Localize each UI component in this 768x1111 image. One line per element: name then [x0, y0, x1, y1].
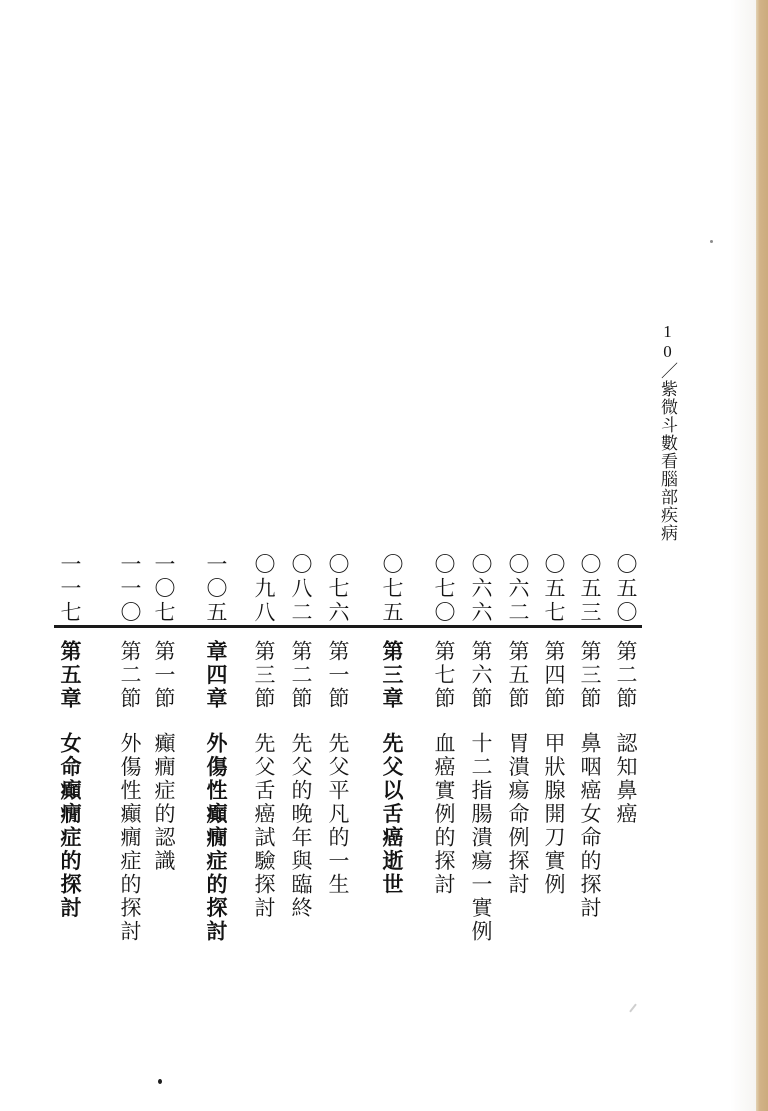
- toc-entry-label: 第二節: [614, 640, 638, 711]
- toc-entry-text: 先父平凡的一生: [326, 732, 350, 897]
- toc-entry-title: 第三節鼻咽癌女命的探討: [578, 640, 602, 920]
- toc-entry: 一一七第五章女命癲癇症的探討: [58, 553, 82, 920]
- toc-entry: 一一〇第二節外傷性癲癇症的探討: [118, 553, 142, 943]
- toc-page-number: 〇五〇: [614, 553, 638, 640]
- toc-page-number: 〇七六: [326, 553, 350, 640]
- toc-entry-label: 第六節: [469, 640, 493, 711]
- toc-page-number: 一〇五: [204, 553, 228, 640]
- toc-entry-title: 第五節胃潰瘍命例探討: [506, 640, 530, 896]
- toc-page-number: 〇七〇: [432, 553, 456, 640]
- toc-entry-title: 第六節十二指腸潰瘍一實例: [469, 640, 493, 943]
- toc-page-number: 〇七五: [380, 553, 404, 640]
- toc-entry-title: 第二節認知鼻癌: [614, 640, 638, 826]
- toc-entry-label: 第二節: [118, 640, 142, 711]
- toc-entry-title: 第二節外傷性癲癇症的探討: [118, 640, 142, 943]
- toc-entry: 〇五三第三節鼻咽癌女命的探討: [578, 553, 602, 920]
- toc-entry-title: 第一節癲癇症的認識: [152, 640, 176, 873]
- scan-speck: [710, 240, 713, 243]
- toc-page-number: 〇六六: [469, 553, 493, 640]
- toc-entry-label: 第五節: [506, 640, 530, 711]
- toc-page-number: 〇五七: [542, 553, 566, 640]
- toc-entry: 〇六二第五節胃潰瘍命例探討: [506, 553, 530, 896]
- running-head: 10／紫微斗數看腦部疾病: [655, 322, 679, 542]
- toc-page-number: 〇六二: [506, 553, 530, 640]
- toc-entry-title: 第五章女命癲癇症的探討: [58, 640, 82, 920]
- toc-entry-text: 外傷性癲癇症的探討: [118, 732, 142, 944]
- toc-entry-title: 第三節先父舌癌試驗探討: [252, 640, 276, 920]
- toc-entry-label: 第三節: [578, 640, 602, 711]
- toc-entry-label: 第三節: [252, 640, 276, 711]
- toc-entry-text: 先父的晚年與臨終: [289, 732, 313, 920]
- toc-entry: 〇八二第二節先父的晚年與臨終: [289, 553, 313, 920]
- toc-entry-label: 第二節: [289, 640, 313, 711]
- toc-entry-text: 胃潰瘍命例探討: [506, 732, 530, 897]
- toc-entry-text: 血癌實例的探討: [432, 732, 456, 897]
- toc-page-number: 〇八二: [289, 553, 313, 640]
- toc-entry: 〇五〇第二節認知鼻癌: [614, 553, 638, 826]
- scan-speck: [629, 1003, 637, 1012]
- toc-entry-label: 第三章: [380, 640, 404, 711]
- toc-entry-label: 第七節: [432, 640, 456, 711]
- toc-entry: 〇七〇第七節血癌實例的探討: [432, 553, 456, 896]
- toc-entry: 〇九八第三節先父舌癌試驗探討: [252, 553, 276, 920]
- toc-entry-label: 章四章: [204, 640, 228, 711]
- page-curvature-shading: [730, 0, 756, 1111]
- toc-entry: 〇五七第四節甲狀腺開刀實例: [542, 553, 566, 896]
- toc-entry-label: 第四節: [542, 640, 566, 711]
- toc-entry: 一〇七第一節癲癇症的認識: [152, 553, 176, 873]
- scan-speck: [158, 1079, 162, 1084]
- toc-entry-text: 女命癲癇症的探討: [58, 732, 82, 920]
- book-page-edge: [756, 0, 768, 1111]
- toc-entry-text: 癲癇症的認識: [152, 732, 176, 873]
- toc-entry: 一〇五章四章外傷性癲癇症的探討: [204, 553, 228, 943]
- toc-entry-text: 外傷性癲癇症的探討: [204, 732, 228, 944]
- scanned-book-page: 10／紫微斗數看腦部疾病 〇五〇第二節認知鼻癌〇五三第三節鼻咽癌女命的探討〇五七…: [0, 0, 768, 1111]
- toc-entry-text: 甲狀腺開刀實例: [542, 732, 566, 897]
- toc-page-number: 一一〇: [118, 553, 142, 640]
- toc-entry: 〇七五第三章先父以舌癌逝世: [380, 553, 404, 896]
- toc-entry: 〇六六第六節十二指腸潰瘍一實例: [469, 553, 493, 943]
- toc-entry-text: 鼻咽癌女命的探討: [578, 732, 602, 920]
- toc-entry-label: 第一節: [326, 640, 350, 711]
- toc-entry: 〇七六第一節先父平凡的一生: [326, 553, 350, 896]
- toc-entry-label: 第一節: [152, 640, 176, 711]
- toc-entry-label: 第五章: [58, 640, 82, 711]
- toc-page-number: 一一七: [58, 553, 82, 640]
- toc-page-number: 〇五三: [578, 553, 602, 640]
- toc-entry-title: 章四章外傷性癲癇症的探討: [204, 640, 228, 943]
- toc-entry-title: 第四節甲狀腺開刀實例: [542, 640, 566, 896]
- toc-entry-title: 第三章先父以舌癌逝世: [380, 640, 404, 896]
- toc-page-number: 〇九八: [252, 553, 276, 640]
- toc-entry-text: 先父以舌癌逝世: [380, 732, 404, 897]
- toc-entry-text: 十二指腸潰瘍一實例: [469, 732, 493, 944]
- toc-entry-title: 第二節先父的晚年與臨終: [289, 640, 313, 920]
- toc-page-number: 一〇七: [152, 553, 176, 640]
- toc-entry-title: 第七節血癌實例的探討: [432, 640, 456, 896]
- toc-entry-title: 第一節先父平凡的一生: [326, 640, 350, 896]
- toc-entry-text: 認知鼻癌: [614, 732, 638, 826]
- toc-entry-text: 先父舌癌試驗探討: [252, 732, 276, 920]
